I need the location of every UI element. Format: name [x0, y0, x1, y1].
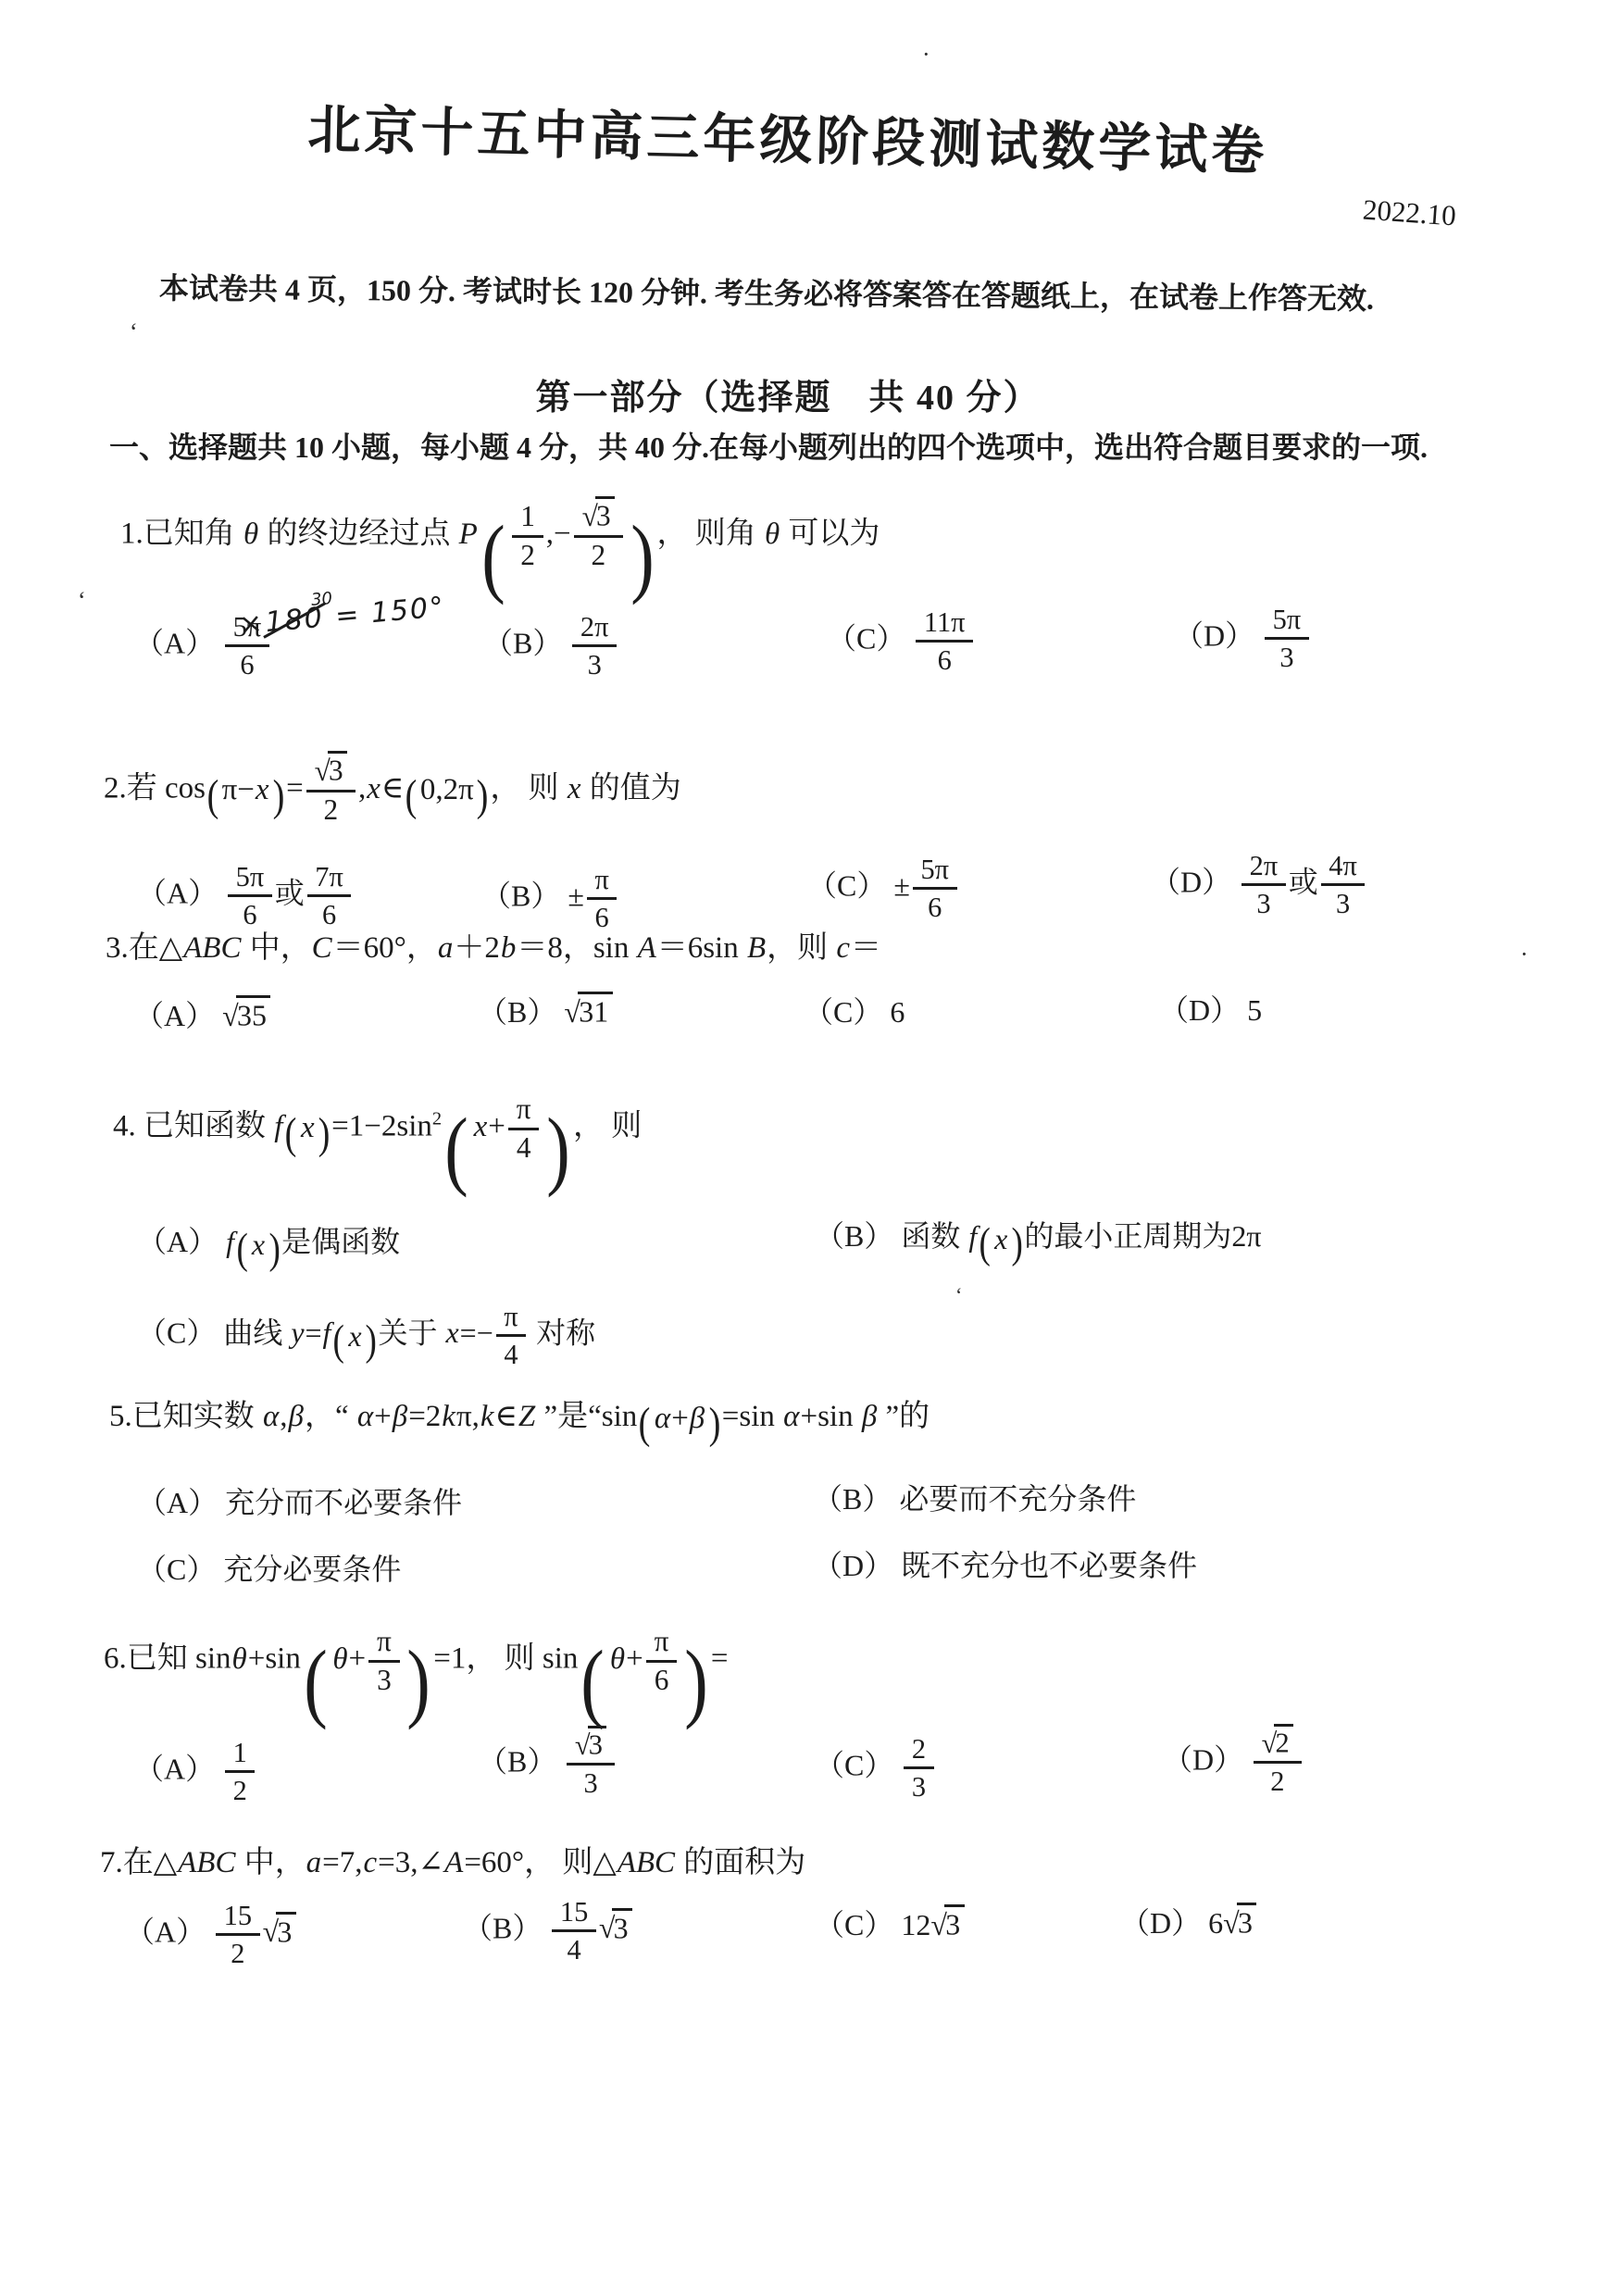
question-7-option-a: （A） 152√3 — [125, 1900, 296, 1970]
question-5-option-d: （D） 既不充分也不必要条件 — [813, 1548, 1197, 1583]
exam-notice: 本试卷共 4 页，150 分. 考试时长 120 分钟. 考生务必将答案答在答题… — [159, 265, 1374, 318]
question-6-option-a: （A） 12 — [134, 1737, 257, 1807]
question-1-option-d: （D） 5π3 — [1174, 604, 1312, 674]
question-6-stem: 6.已知 sinθ+sin(θ+π3)=1， 则 sin(θ+π6)= — [104, 1625, 728, 1697]
question-3-option-a: （A） √35 — [134, 998, 270, 1033]
question-4-option-c: （C） 曲线 y=f(x)关于 x=−π4 对称 — [137, 1301, 595, 1371]
question-7-stem: 7.在△ABC 中，a=7,c=3,∠A=60°， 则△ABC 的面积为 — [100, 1844, 805, 1882]
question-3-option-d: （D） 5 — [1159, 992, 1262, 1028]
question-1-option-c: （C） 11π6 — [827, 606, 976, 677]
question-2-option-b: （B） ±π6 — [481, 864, 619, 934]
question-4-option-b: （B） 函数 f(x)的最小正周期为2π — [815, 1218, 1262, 1257]
question-5-option-b: （B） 必要而不充分条件 — [813, 1481, 1136, 1516]
question-5-option-c: （C） 充分必要条件 — [137, 1552, 401, 1587]
question-5-stem: 5.已知实数 α,β，“ α+β=2kπ,k∈Z ”是“sin(α+β)=sin… — [109, 1398, 930, 1438]
question-3-stem: 3.在△ABC 中，C＝60°，a＋2b＝8，sin A＝6sin B，则 c＝ — [106, 930, 881, 967]
scan-artifact-dot: · — [1520, 941, 1528, 968]
question-7-option-b: （B） 154√3 — [463, 1896, 632, 1966]
question-4-option-a: （A） f(x)是偶函数 — [137, 1224, 400, 1263]
question-2-option-a: （A） 5π6或7π6 — [137, 861, 354, 931]
question-5-option-a: （A） 充分而不必要条件 — [137, 1485, 462, 1520]
question-6-option-b: （B） √33 — [478, 1729, 618, 1800]
question-1-stem: 1.已知角 θ 的终边经过点 P(12,−√32)， 则角 θ 可以为 — [120, 500, 880, 572]
scan-artifact-tick: ʻ — [955, 1283, 962, 1307]
question-3-option-b: （B） √31 — [478, 994, 613, 1029]
scan-artifact-dot: · — [922, 41, 930, 69]
section-1-instruction: 一、选择题共 10 小题，每小题 4 分，共 40 分.在每小题列出的四个选项中… — [109, 424, 1428, 467]
question-3-option-c: （C） 6 — [804, 994, 905, 1029]
exam-page: 北京十五中高三年级阶段测试数学试卷 2022.10 本试卷共 4 页，150 分… — [0, 0, 1622, 2296]
question-6-option-c: （C） 23 — [815, 1733, 937, 1803]
question-7-option-d: （D） 6√3 — [1120, 1905, 1256, 1940]
handwritten-annotation: ×18030 = 150° — [238, 591, 446, 641]
question-4-stem: 4. 已知函数 f(x)=1−2sin2(x+π4)， 则 — [113, 1092, 642, 1165]
exam-title: 北京十五中高三年级阶段测试数学试卷 — [0, 80, 1600, 193]
question-6-option-d: （D） √22 — [1163, 1728, 1304, 1798]
scan-artifact-tick: ʻ — [130, 318, 138, 346]
section-1-heading: 第一部分（选择题 共 40 分） — [0, 368, 1599, 419]
scan-artifact-tick: ʻ — [78, 587, 86, 615]
question-2-stem: 2.若 cos(π−x)=√32,x∈(0,2π)， 则 x 的值为 — [104, 755, 681, 827]
question-1-option-b: （B） 2π3 — [483, 611, 619, 681]
question-2-option-d: （D） 2π3或4π3 — [1151, 850, 1367, 920]
exam-date: 2022.10 — [1362, 193, 1457, 233]
question-7-option-c: （C） 12√3 — [815, 1907, 965, 1942]
question-2-option-c: （C） ±5π6 — [807, 854, 960, 924]
